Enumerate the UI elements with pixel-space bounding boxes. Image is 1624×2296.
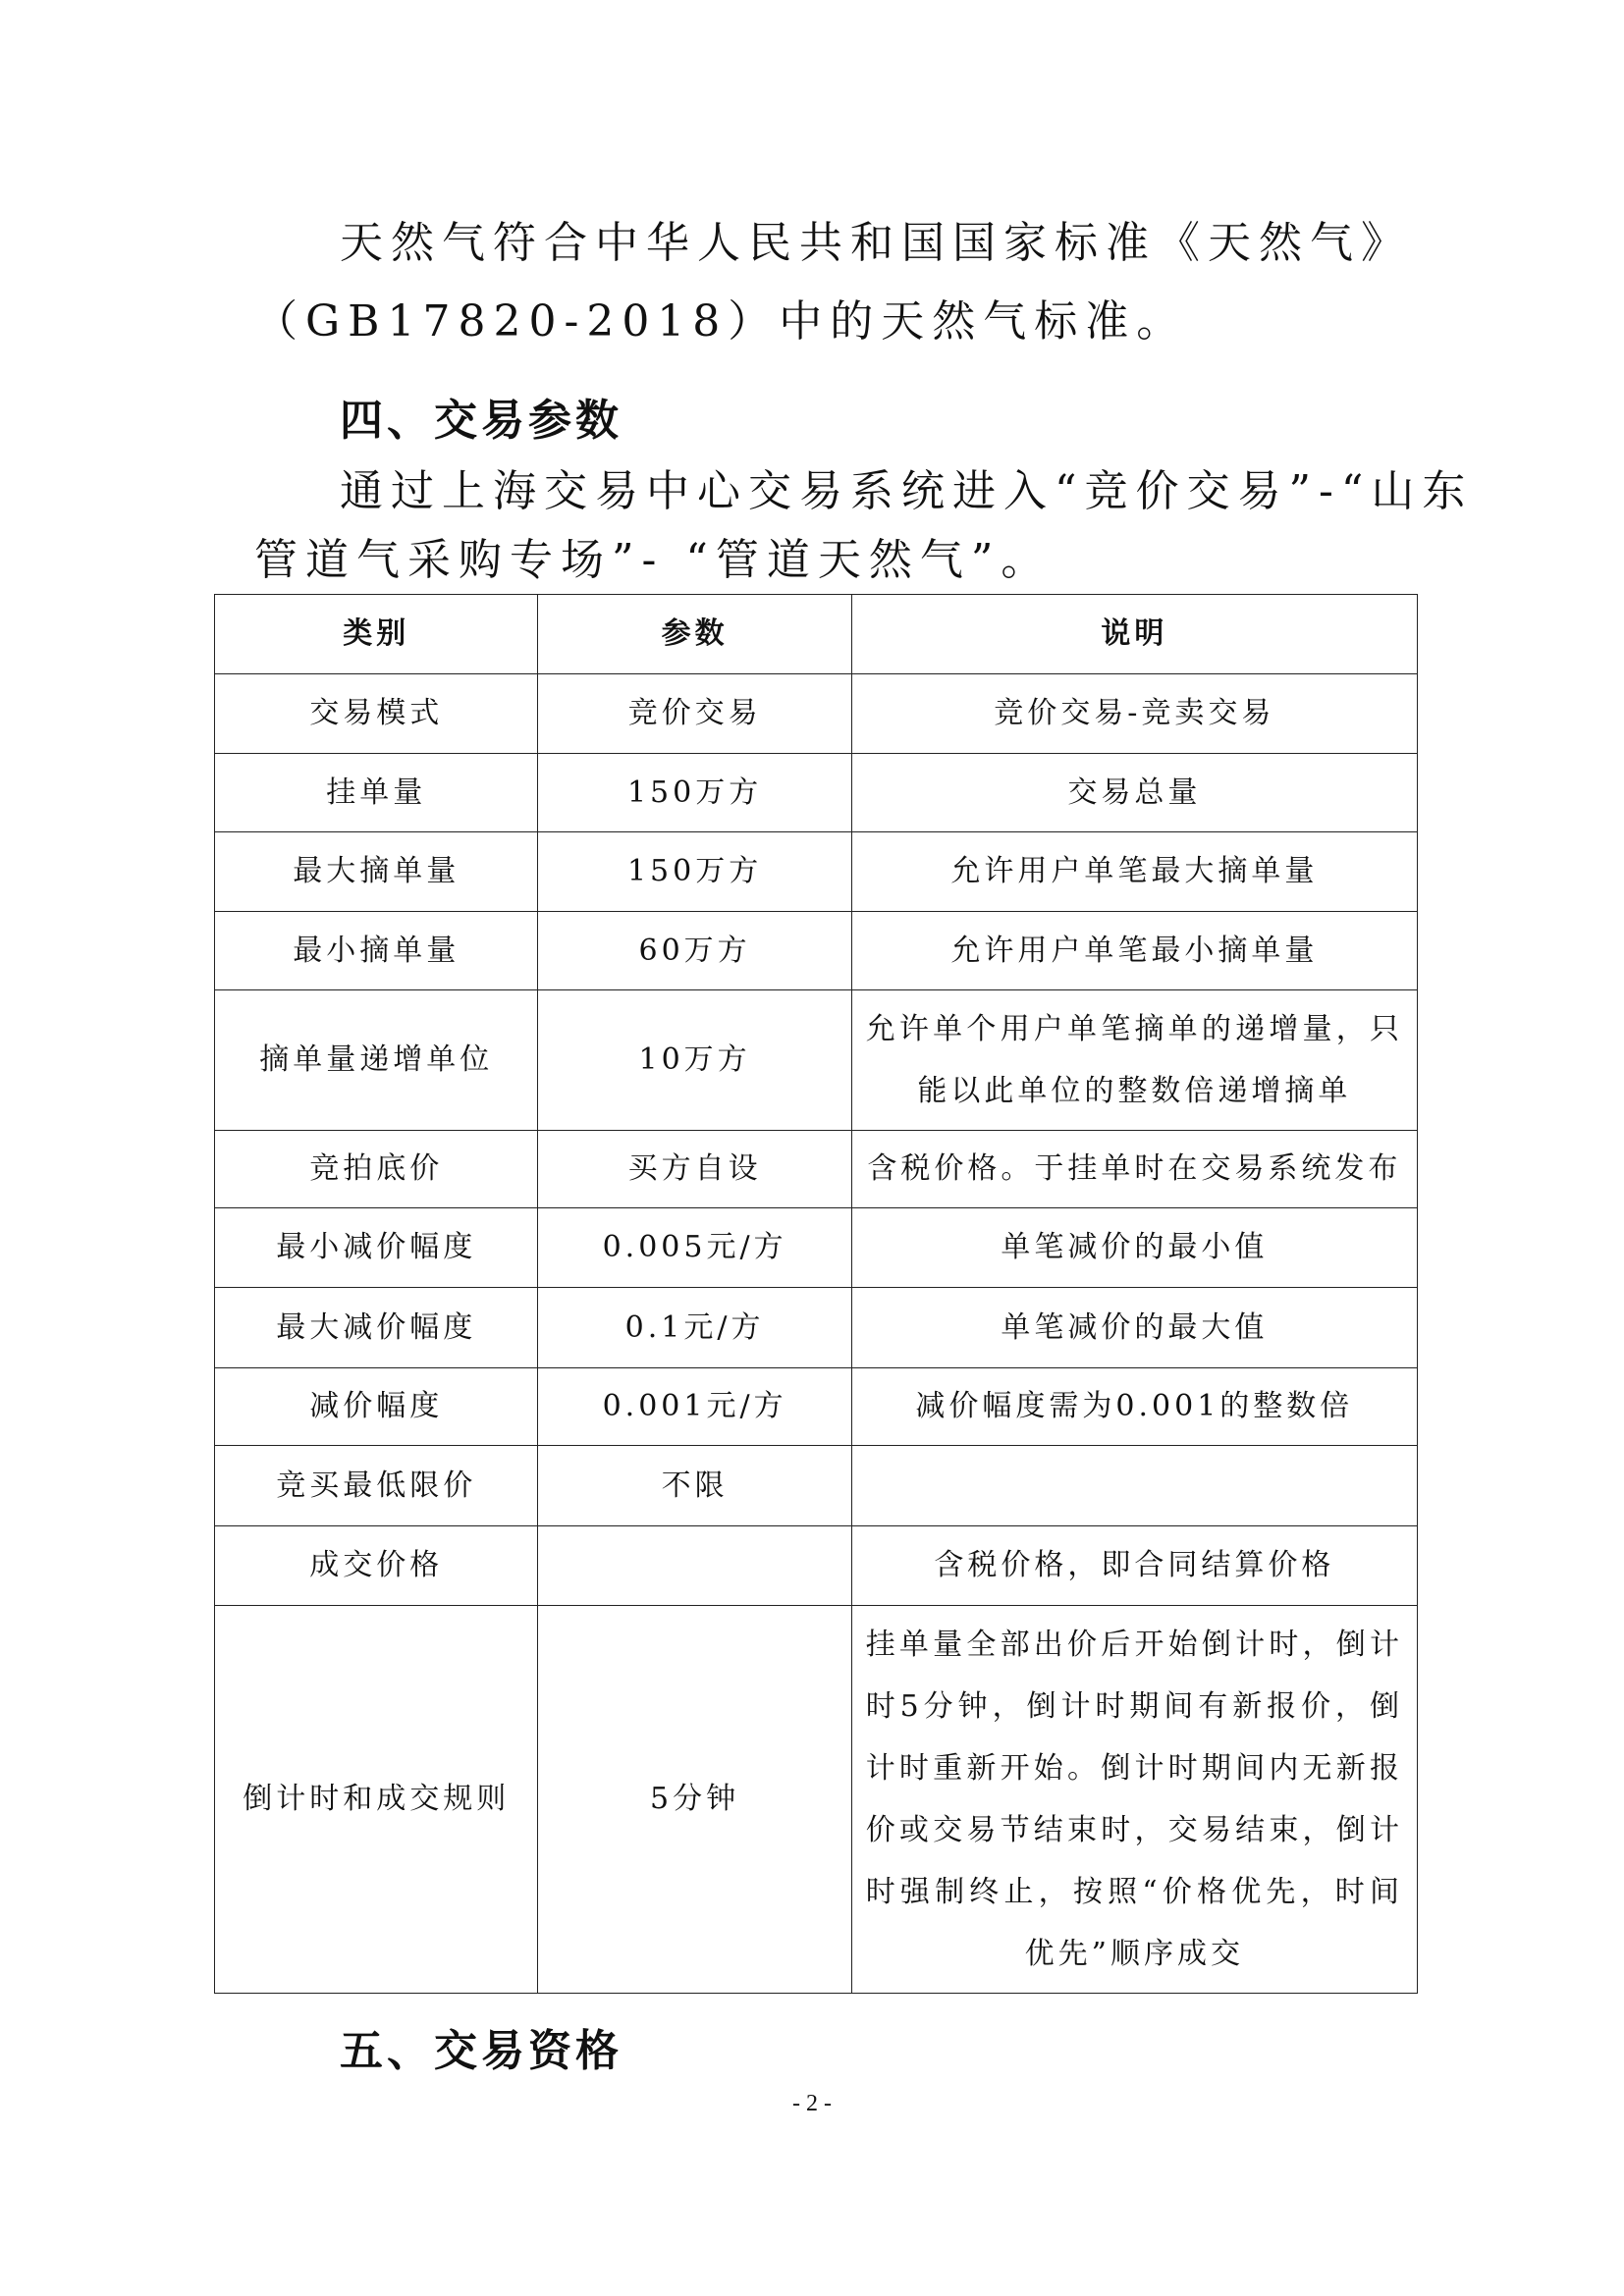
cell-category: 最大摘单量 [215, 832, 538, 912]
cell-description: 含税价格。于挂单时在交易系统发布 [851, 1131, 1417, 1208]
section4-intro-line2: 管道气采购专场”- “管道天然气”。 [254, 531, 1393, 590]
table-row: 摘单量递增单位 10万方 允许单个用户单笔摘单的递增量，只能以此单位的整数倍递增… [215, 990, 1418, 1131]
column-header-category: 类别 [215, 595, 538, 674]
cell-description: 挂单量全部出价后开始倒计时，倒计时5分钟，倒计时期间有新报价，倒计时重新开始。倒… [851, 1606, 1417, 1994]
cell-category: 交易模式 [215, 674, 538, 754]
cell-parameter: 不限 [538, 1446, 851, 1526]
table-row: 竞拍底价 买方自设 含税价格。于挂单时在交易系统发布 [215, 1131, 1418, 1208]
table-row: 最小摘单量 60万方 允许用户单笔最小摘单量 [215, 912, 1418, 990]
column-header-description: 说明 [851, 595, 1417, 674]
paragraph-standard-line1: 天然气符合中华人民共和国国家标准《天然气》 [340, 214, 1479, 273]
cell-category: 减价幅度 [215, 1368, 538, 1446]
cell-description [851, 1446, 1417, 1526]
cell-parameter: 60万方 [538, 912, 851, 990]
cell-parameter: 0.1元/方 [538, 1288, 851, 1368]
cell-description: 允许用户单笔最大摘单量 [851, 832, 1417, 912]
cell-parameter: 0.001元/方 [538, 1368, 851, 1446]
table-header-row: 类别 参数 说明 [215, 595, 1418, 674]
cell-category: 倒计时和成交规则 [215, 1606, 538, 1994]
table-row: 最大减价幅度 0.1元/方 单笔减价的最大值 [215, 1288, 1418, 1368]
cell-parameter: 竞价交易 [538, 674, 851, 754]
cell-category: 摘单量递增单位 [215, 990, 538, 1131]
cell-description: 允许用户单笔最小摘单量 [851, 912, 1417, 990]
section4-intro-line1: 通过上海交易中心交易系统进入“竞价交易”-“山东 [340, 462, 1479, 521]
trading-parameters-table: 类别 参数 说明 交易模式 竞价交易 竞价交易-竞卖交易 挂单量 150万方 交… [214, 594, 1418, 1994]
cell-category: 最大减价幅度 [215, 1288, 538, 1368]
cell-category: 挂单量 [215, 754, 538, 832]
table-row: 减价幅度 0.001元/方 减价幅度需为0.001的整数倍 [215, 1368, 1418, 1446]
paragraph-standard-line2: （GB17820-2018）中的天然气标准。 [254, 293, 1393, 351]
cell-description: 允许单个用户单笔摘单的递增量，只能以此单位的整数倍递增摘单 [851, 990, 1417, 1131]
cell-description: 含税价格，即合同结算价格 [851, 1526, 1417, 1606]
table-row: 倒计时和成交规则 5分钟 挂单量全部出价后开始倒计时，倒计时5分钟，倒计时期间有… [215, 1606, 1418, 1994]
cell-description: 单笔减价的最小值 [851, 1208, 1417, 1288]
cell-description: 单笔减价的最大值 [851, 1288, 1417, 1368]
cell-category: 竞买最低限价 [215, 1446, 538, 1526]
cell-parameter: 10万方 [538, 990, 851, 1131]
cell-parameter: 0.005元/方 [538, 1208, 851, 1288]
table-row: 交易模式 竞价交易 竞价交易-竞卖交易 [215, 674, 1418, 754]
table-row: 最大摘单量 150万方 允许用户单笔最大摘单量 [215, 832, 1418, 912]
table-row: 成交价格 含税价格，即合同结算价格 [215, 1526, 1418, 1606]
cell-description: 减价幅度需为0.001的整数倍 [851, 1368, 1417, 1446]
cell-category: 成交价格 [215, 1526, 538, 1606]
column-header-parameter: 参数 [538, 595, 851, 674]
section-heading-trading-parameters: 四、交易参数 [340, 392, 1479, 451]
cell-category: 竞拍底价 [215, 1131, 538, 1208]
cell-parameter: 5分钟 [538, 1606, 851, 1994]
cell-description: 竞价交易-竞卖交易 [851, 674, 1417, 754]
table-row: 竞买最低限价 不限 [215, 1446, 1418, 1526]
cell-description: 交易总量 [851, 754, 1417, 832]
page-number: - 2 - [0, 2091, 1624, 2117]
cell-parameter: 150万方 [538, 832, 851, 912]
table-row: 挂单量 150万方 交易总量 [215, 754, 1418, 832]
table-row: 最小减价幅度 0.005元/方 单笔减价的最小值 [215, 1208, 1418, 1288]
cell-parameter [538, 1526, 851, 1606]
cell-category: 最小减价幅度 [215, 1208, 538, 1288]
cell-parameter: 买方自设 [538, 1131, 851, 1208]
cell-category: 最小摘单量 [215, 912, 538, 990]
section-heading-trading-qualification: 五、交易资格 [340, 2022, 1479, 2081]
cell-parameter: 150万方 [538, 754, 851, 832]
